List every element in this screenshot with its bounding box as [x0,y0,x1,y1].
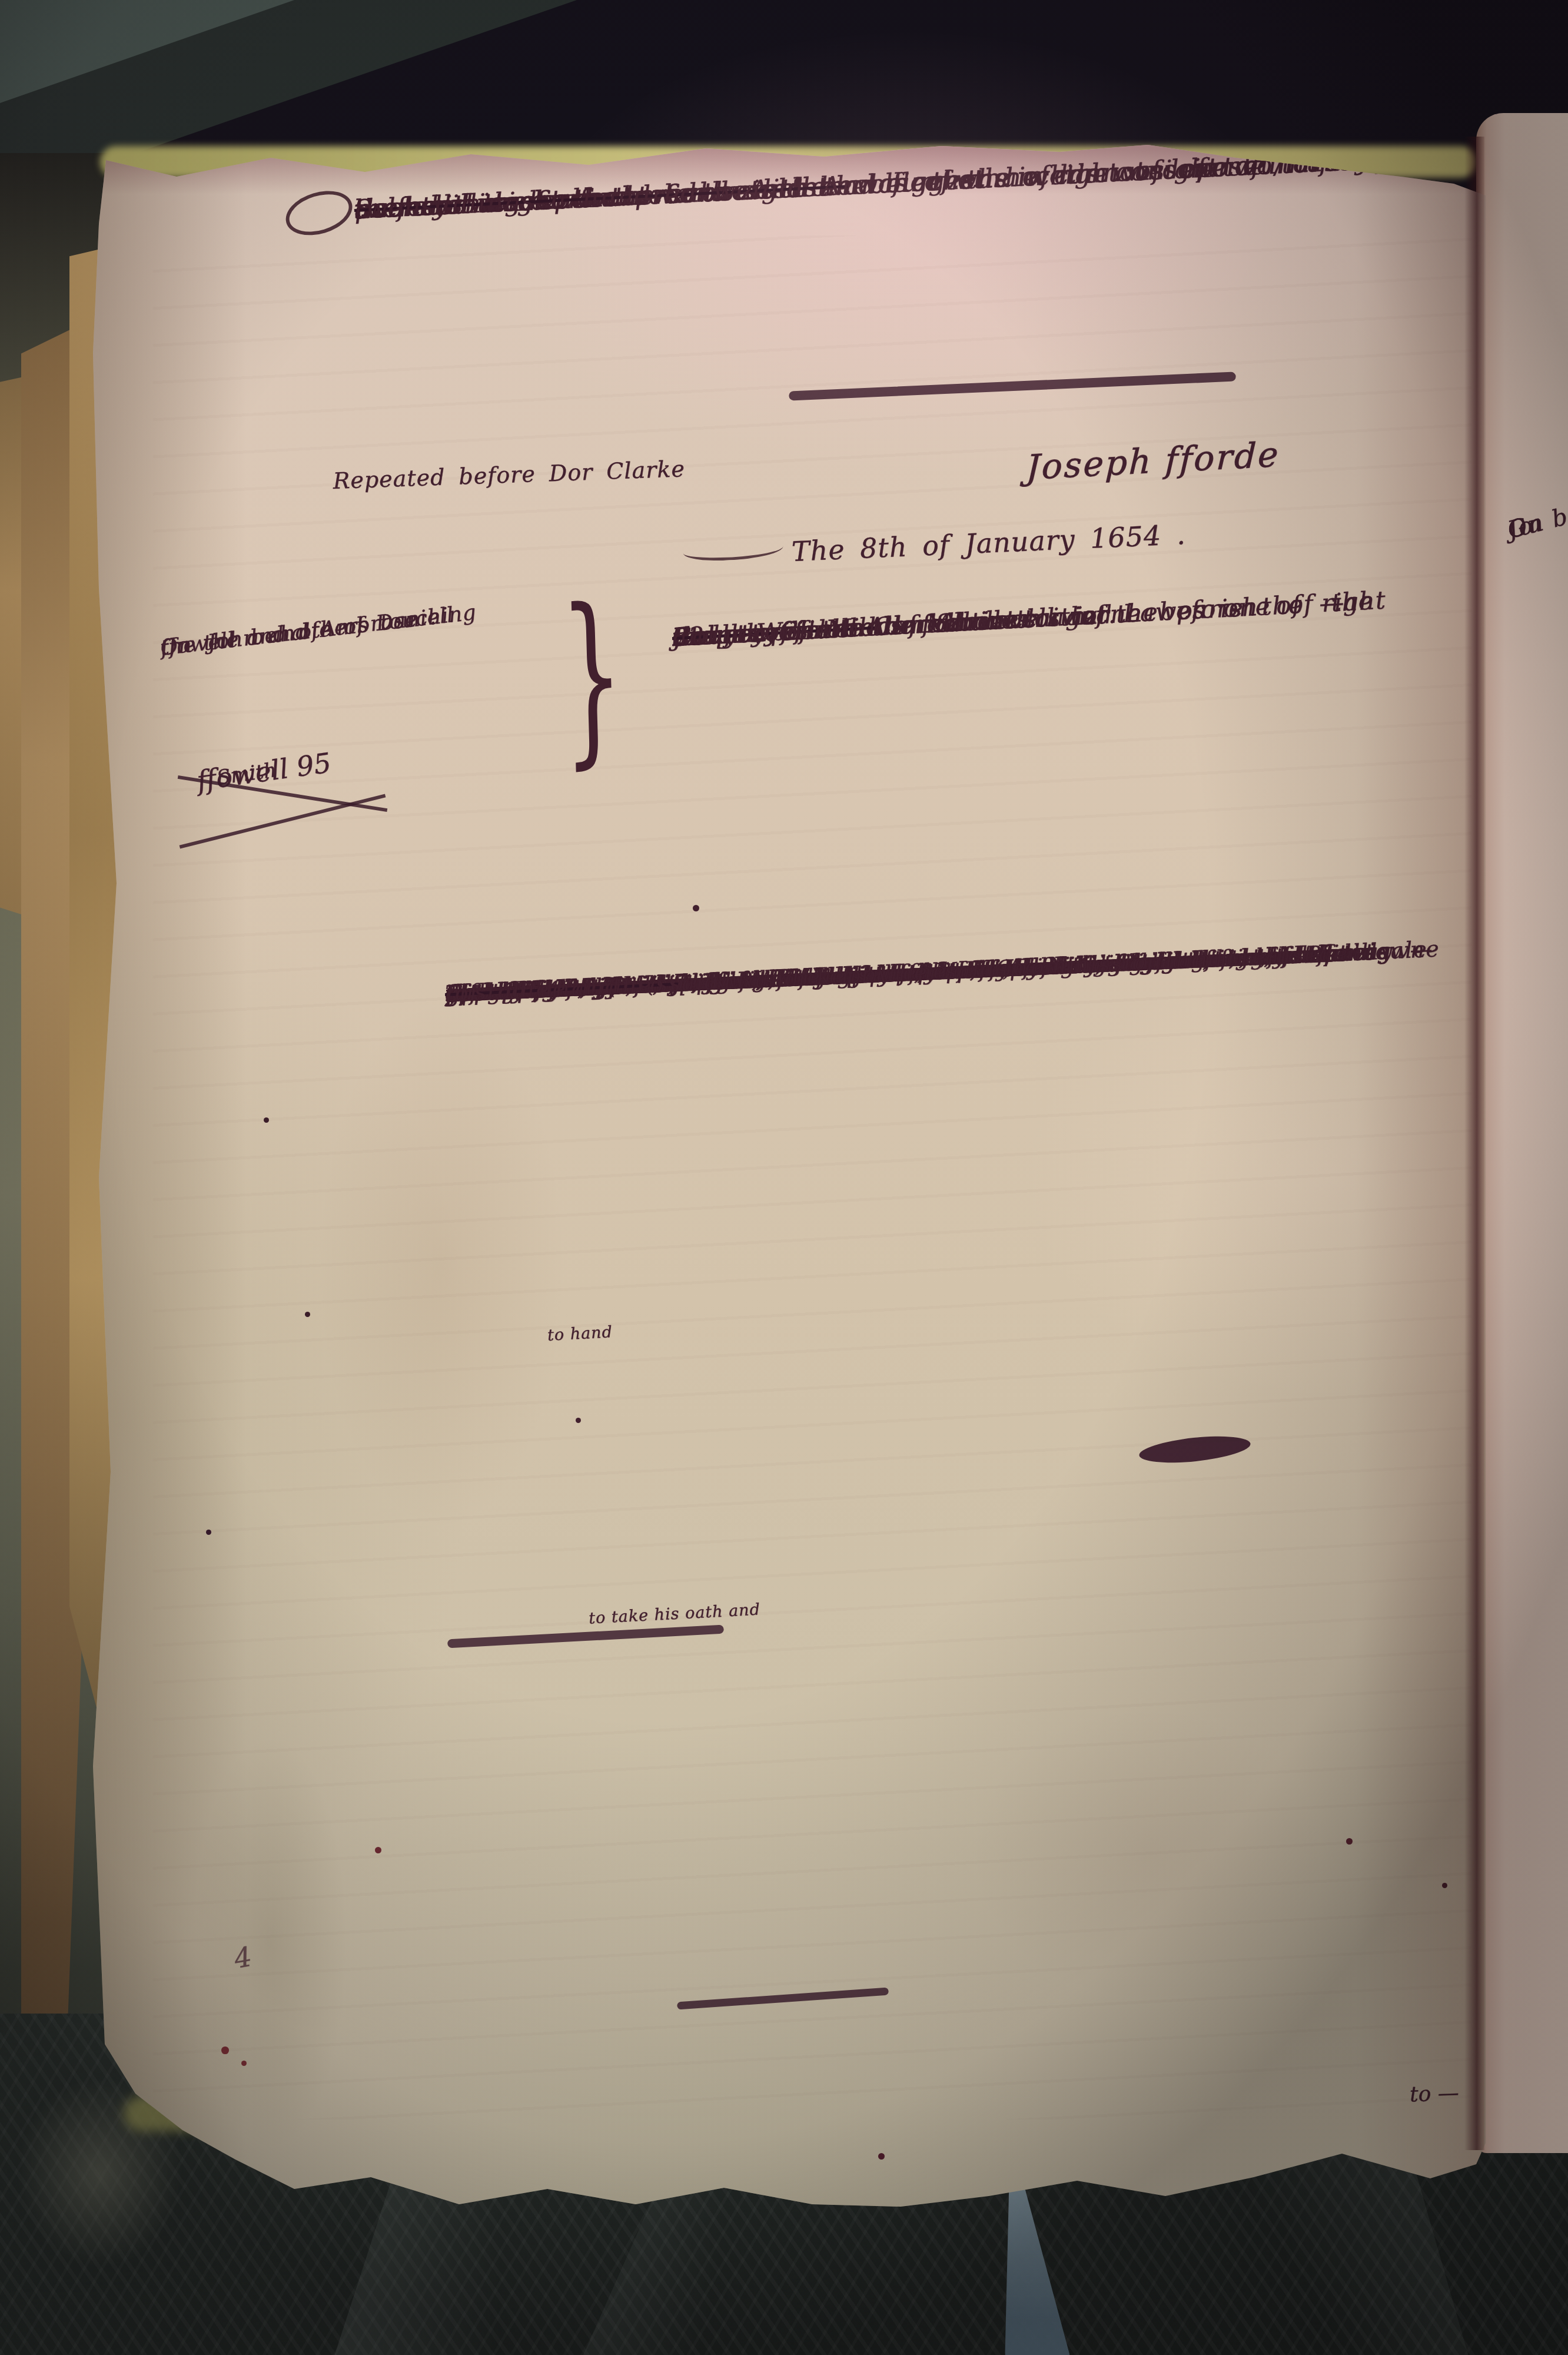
catchword: to — [1409,2081,1459,2107]
manuscript-photo: On bGaJo So he this deponent here saith … [0,0,1568,2355]
book-gutter-shadow [1464,137,1484,2150]
show-through-lines [153,235,1471,2119]
adjacent-page: On bGaJo [1476,113,1568,2153]
margin-brace: } [559,593,625,760]
date-swash-flourish [683,538,783,562]
interlinear-insertion: to hand [547,1323,613,1345]
date-heading: The 8th of January 1654 . [683,536,792,572]
manuscript-page: So he this deponent here saith the bigge… [0,0,1568,2355]
cloth-blue-fold [985,2187,1070,2355]
